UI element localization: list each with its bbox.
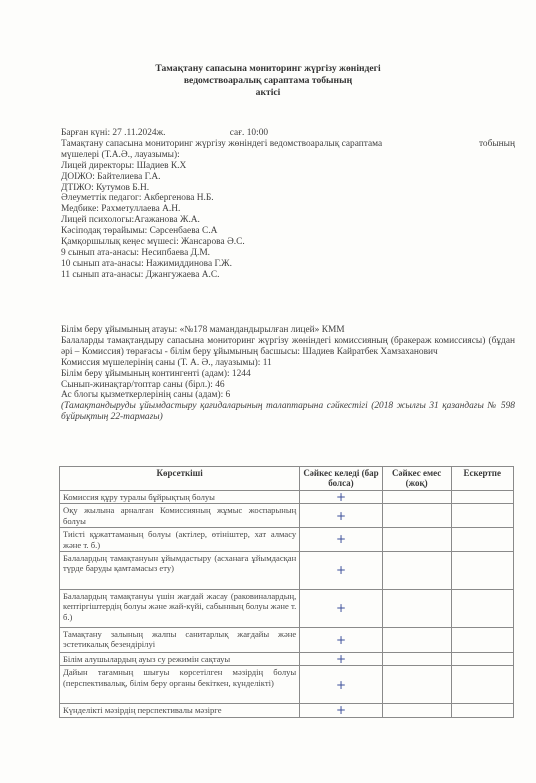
complies-mark: + [300,528,383,552]
member-item: Медбике: Рахметуллаева А.Н. [61,204,515,215]
note-cell [451,552,513,590]
title-line-2: ведомствоаралық сараптама тобының [0,75,536,87]
indicator-cell: Білім алушылардың ауыз су режимін сақтау… [60,653,300,666]
table-row: Комиссия құру туралы бұйрықтың болуы + [60,491,514,504]
note-cell [451,504,513,528]
members-section: Барған күні: 27 .11.2024ж. сағ. 10:00 Та… [61,128,515,281]
indicators-table: Көрсеткіші Сәйкес келеді (бар болса) Сәй… [59,466,514,718]
table-row: Оқу жылына арналған Комиссияның жұмыс жо… [60,504,514,528]
note-cell [451,628,513,653]
not-complies-cell [382,704,451,717]
complies-mark: + [300,666,383,704]
not-complies-cell [382,590,451,628]
complies-mark: + [300,628,383,653]
canteen-staff-count: Ас блогы қызметкерлерінің саны (адам): 6 [61,390,515,401]
member-item: Лицей психологы:Агажанова Ж.А. [61,215,515,226]
indicator-cell: Тамақтану залының жалпы санитарлық жағда… [60,628,300,653]
note-cell [451,491,513,504]
visit-date: Барған күні: 27 .11.2024ж. [61,128,165,138]
complies-mark: + [300,504,383,528]
complies-mark: + [300,653,383,666]
indicator-cell: Балалардың тамақтануы үшін жағдай жасау … [60,590,300,628]
indicator-cell: Балалардың тамақтануын ұйымдастыру (асха… [60,552,300,590]
member-item: Қамқоршылық кеңес мүшесі: Жансарова Ә.С. [61,237,515,248]
member-item: 9 сынып ата-анасы: Несипбаева Д.М. [61,248,515,259]
table-row: Күнделікті мәзірдің перспективалы мәзірг… [60,704,514,717]
indicator-cell: Оқу жылына арналған Комиссияның жұмыс жо… [60,504,300,528]
indicator-cell: Комиссия құру туралы бұйрықтың болуы [60,491,300,504]
note-cell [451,666,513,704]
member-item: 10 сынып ата-анасы: Нажимиддинова Г.Ж. [61,259,515,270]
table-row: Тиісті құжаттаманың болуы (актілер, өтін… [60,528,514,552]
table-header-row: Көрсеткіші Сәйкес келеді (бар болса) Сәй… [60,467,514,491]
table-row: Балалардың тамақтануын ұйымдастыру (асха… [60,552,514,590]
not-complies-cell [382,666,451,704]
complies-mark: + [300,552,383,590]
member-item: ДТІЖО: Кутумов Б.Н. [61,183,515,194]
not-complies-cell [382,628,451,653]
header-complies: Сәйкес келеді (бар болса) [300,467,383,491]
visit-date-line: Барған күні: 27 .11.2024ж. сағ. 10:00 [61,128,515,139]
member-item: ДОІЖО: Байтелиева Г.А. [61,172,515,183]
complies-mark: + [300,704,383,717]
not-complies-cell [382,504,451,528]
indicator-cell: Дайын тағамның шығуы көрсетілген мәзірді… [60,666,300,704]
table-row: Білім алушылардың ауыз су режимін сақтау… [60,653,514,666]
contingent: Білім беру ұйымының контингенті (адам): … [61,369,515,380]
title-line-1: Тамақтану сапасына мониторинг жүргізу жө… [0,63,536,75]
organization-section: Білім беру ұйымының атауы: «№178 маманда… [61,325,515,423]
visit-time: сағ. 10:00 [230,128,268,138]
members-intro-tail: тобының [479,139,515,150]
title-line-3: актісі [0,87,536,99]
members-intro-line2: мүшелері (Т.А.Ә., лауазымы): [61,150,515,161]
compliance-note: (Тамақтандыруды ұйымдастыру қағидаларыны… [61,401,515,423]
org-name: Білім беру ұйымының атауы: «№178 маманда… [61,325,515,336]
complies-mark: + [300,590,383,628]
note-cell [451,590,513,628]
complies-mark: + [300,491,383,504]
members-intro-text: Тамақтану сапасына мониторинг жүргізу жө… [61,139,382,150]
member-item: Лицей директоры: Шадиев К.Х [61,161,515,172]
header-note: Ескертпе [451,467,513,491]
note-cell [451,653,513,666]
indicator-cell: Тиісті құжаттаманың болуы (актілер, өтін… [60,528,300,552]
class-count: Сынып-жинақтар/топтар саны (бірл.): 46 [61,380,515,391]
not-complies-cell [382,552,451,590]
member-item: Кәсіподақ төрайымы: Сәрсенбаева С.А [61,226,515,237]
not-complies-cell [382,653,451,666]
note-cell [451,704,513,717]
commission-members-count: Комиссия мүшелерінің саны (Т. А. Ә., лау… [61,358,515,369]
not-complies-cell [382,528,451,552]
table-row: Балалардың тамақтануы үшін жағдай жасау … [60,590,514,628]
document-page: Тамақтану сапасына мониторинг жүргізу жө… [0,0,536,783]
commission-chair: Балаларды тамақтандыру сапасына монитори… [61,336,515,358]
table-row: Дайын тағамның шығуы көрсетілген мәзірді… [60,666,514,704]
note-cell [451,528,513,552]
member-item: 11 сынып ата-анасы: Джангужаева А.С. [61,270,515,281]
table-row: Тамақтану залының жалпы санитарлық жағда… [60,628,514,653]
members-intro: Тамақтану сапасына мониторинг жүргізу жө… [61,139,515,150]
header-not-complies: Сәйкес емес (жоқ) [382,467,451,491]
document-title: Тамақтану сапасына мониторинг жүргізу жө… [0,63,536,99]
indicator-cell: Күнделікті мәзірдің перспективалы мәзірг… [60,704,300,717]
header-indicator: Көрсеткіші [60,467,300,491]
member-item: Әлеуметтік педагог: Акбергенова Н.Б. [61,193,515,204]
not-complies-cell [382,491,451,504]
